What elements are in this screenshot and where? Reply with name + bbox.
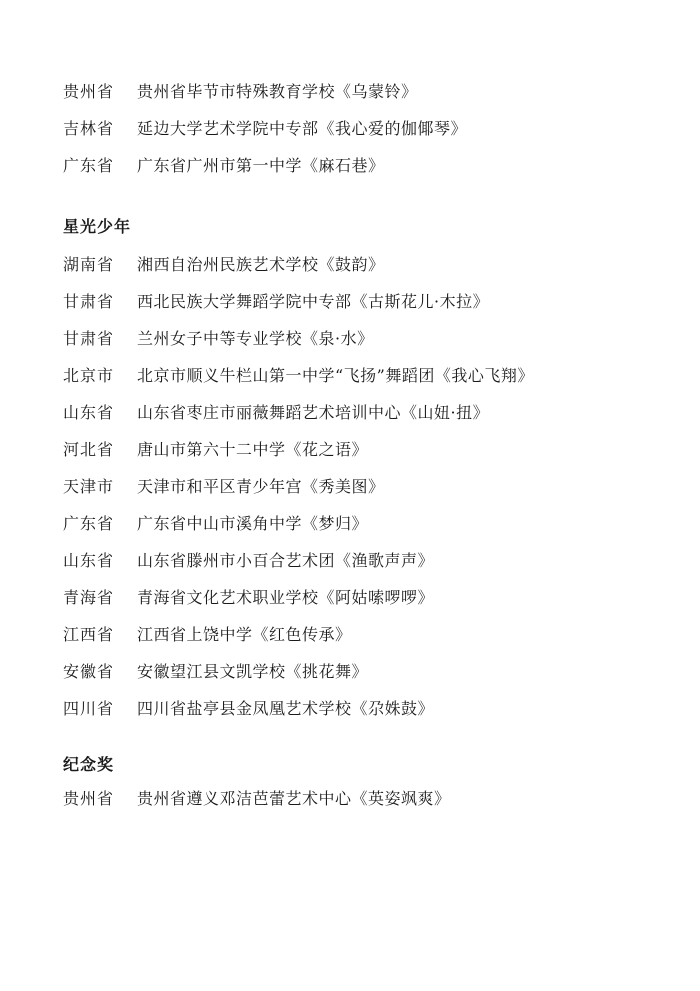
award-list-commemorative: 贵州省 贵州省遵义邓洁芭蕾艺术中心《英姿飒爽》 [63, 779, 660, 816]
province-label: 贵州省 [63, 79, 137, 102]
school-work-label: 青海省文化艺术职业学校《阿姑嗦啰啰》 [137, 585, 434, 608]
school-work-label: 兰州女子中等专业学校《泉·水》 [137, 326, 374, 349]
school-work-label: 山东省枣庄市丽薇舞蹈艺术培训中心《山妞·扭》 [137, 400, 489, 423]
school-work-label: 北京市顺义牛栏山第一中学“飞扬”舞蹈团《我心飞翔》 [137, 363, 534, 386]
province-label: 山东省 [63, 400, 137, 423]
award-entry: 河北省 唐山市第六十二中学《花之语》 [63, 430, 660, 467]
award-entry: 江西省 江西省上饶中学《红色传承》 [63, 615, 660, 652]
school-work-label: 江西省上饶中学《红色传承》 [137, 622, 352, 645]
province-label: 甘肃省 [63, 326, 137, 349]
province-label: 青海省 [63, 585, 137, 608]
province-label: 湖南省 [63, 252, 137, 275]
award-entry: 广东省 广东省中山市溪角中学《梦归》 [63, 504, 660, 541]
school-work-label: 延边大学艺术学院中专部《我心爱的伽倻琴》 [137, 116, 467, 139]
school-work-label: 贵州省遵义邓洁芭蕾艺术中心《英姿飒爽》 [137, 786, 451, 809]
award-entry: 广东省 广东省广州市第一中学《麻石巷》 [63, 146, 660, 183]
province-label: 天津市 [63, 474, 137, 497]
award-entry: 山东省 山东省枣庄市丽薇舞蹈艺术培训中心《山妞·扭》 [63, 393, 660, 430]
award-entry: 吉林省 延边大学艺术学院中专部《我心爱的伽倻琴》 [63, 109, 660, 146]
province-label: 广东省 [63, 511, 137, 534]
school-work-label: 贵州省毕节市特殊教育学校《乌蒙铃》 [137, 79, 418, 102]
province-label: 四川省 [63, 696, 137, 719]
award-list-starlight-youth: 湖南省 湘西自治州民族艺术学校《鼓韵》 甘肃省 西北民族大学舞蹈学院中专部《古斯… [63, 245, 660, 726]
award-entry: 安徽省 安徽望江县文凯学校《挑花舞》 [63, 652, 660, 689]
school-work-label: 安徽望江县文凯学校《挑花舞》 [137, 659, 368, 682]
province-label: 河北省 [63, 437, 137, 460]
province-label: 甘肃省 [63, 289, 137, 312]
province-label: 安徽省 [63, 659, 137, 682]
school-work-label: 广东省广州市第一中学《麻石巷》 [137, 153, 385, 176]
school-work-label: 西北民族大学舞蹈学院中专部《古斯花儿·木拉》 [137, 289, 489, 312]
award-entry: 贵州省 贵州省毕节市特殊教育学校《乌蒙铃》 [63, 72, 660, 109]
award-entry: 北京市 北京市顺义牛栏山第一中学“飞扬”舞蹈团《我心飞翔》 [63, 356, 660, 393]
award-entry: 湖南省 湘西自治州民族艺术学校《鼓韵》 [63, 245, 660, 282]
province-label: 吉林省 [63, 116, 137, 139]
school-work-label: 天津市和平区青少年宫《秀美图》 [137, 474, 385, 497]
award-entry: 天津市 天津市和平区青少年宫《秀美图》 [63, 467, 660, 504]
award-entry: 甘肃省 西北民族大学舞蹈学院中专部《古斯花儿·木拉》 [63, 282, 660, 319]
school-work-label: 广东省中山市溪角中学《梦归》 [137, 511, 368, 534]
province-label: 江西省 [63, 622, 137, 645]
school-work-label: 唐山市第六十二中学《花之语》 [137, 437, 368, 460]
province-label: 北京市 [63, 363, 137, 386]
award-entry: 四川省 四川省盐亭县金凤凰艺术学校《尕姝鼓》 [63, 689, 660, 726]
award-entry: 贵州省 贵州省遵义邓洁芭蕾艺术中心《英姿飒爽》 [63, 779, 660, 816]
award-entry: 山东省 山东省滕州市小百合艺术团《渔歌声声》 [63, 541, 660, 578]
school-work-label: 四川省盐亭县金凤凰艺术学校《尕姝鼓》 [137, 696, 434, 719]
province-label: 贵州省 [63, 786, 137, 809]
section-title-commemorative-award: 纪念奖 [63, 745, 660, 782]
award-entry: 甘肃省 兰州女子中等专业学校《泉·水》 [63, 319, 660, 356]
award-entry: 青海省 青海省文化艺术职业学校《阿姑嗦啰啰》 [63, 578, 660, 615]
school-work-label: 湘西自治州民族艺术学校《鼓韵》 [137, 252, 385, 275]
province-label: 山东省 [63, 548, 137, 571]
document-page: 贵州省 贵州省毕节市特殊教育学校《乌蒙铃》 吉林省 延边大学艺术学院中专部《我心… [0, 0, 700, 991]
section-title-starlight-youth: 星光少年 [63, 207, 660, 244]
school-work-label: 山东省滕州市小百合艺术团《渔歌声声》 [137, 548, 434, 571]
award-list-continuation: 贵州省 贵州省毕节市特殊教育学校《乌蒙铃》 吉林省 延边大学艺术学院中专部《我心… [63, 72, 660, 183]
province-label: 广东省 [63, 153, 137, 176]
